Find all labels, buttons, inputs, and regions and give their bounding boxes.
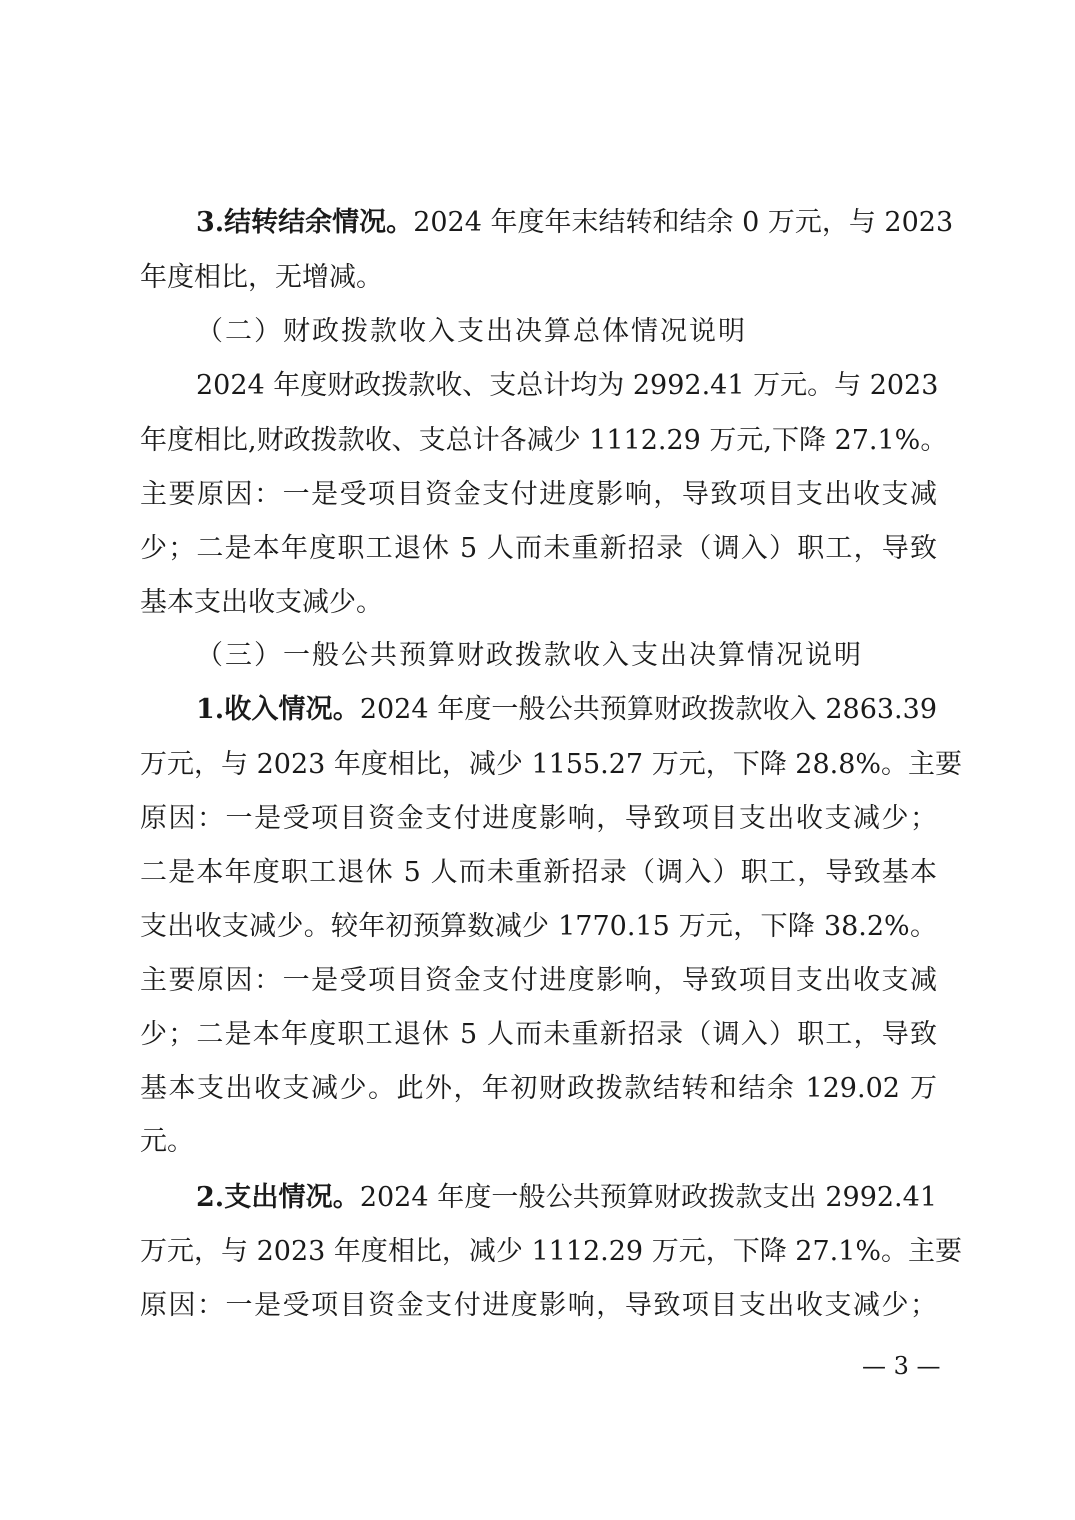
section-heading-3: （三）一般公共预算财政拨款收入支出决算情况说明 (196, 636, 863, 676)
paragraph-income-line-1: 1.收入情况。2024 年度一般公共预算财政拨款收入 2863.39 (196, 690, 937, 730)
income-lead: 1.收入情况。 (196, 694, 360, 725)
paragraph-income-line-9: 元。 (140, 1122, 937, 1162)
document-page: 3.结转结余情况。2024 年度年末结转和结余 0 万元，与 2023 年度相比… (0, 0, 1075, 1520)
paragraph-carryover-line-2: 年度相比，无增减。 (140, 258, 937, 298)
paragraph-expenditure-line-1: 2.支出情况。2024 年度一般公共预算财政拨款支出 2992.41 (196, 1178, 937, 1218)
paragraph-income-line-2: 万元，与 2023 年度相比，减少 1155.27 万元，下降 28.8%。主要 (140, 745, 937, 785)
paragraph-income-line-7: 少；二是本年度职工退休 5 人而未重新招录（调入）职工，导致 (140, 1015, 937, 1055)
paragraph-income-line-8: 基本支出收支减少。此外，年初财政拨款结转和结余 129.02 万 (140, 1069, 937, 1109)
carryover-lead: 3.结转结余情况。 (196, 207, 413, 238)
expenditure-lead: 2.支出情况。 (196, 1182, 360, 1213)
paragraph-overall-line-3: 主要原因：一是受项目资金支付进度影响，导致项目支出收支减 (140, 475, 937, 515)
paragraph-income-line-5: 支出收支减少。较年初预算数减少 1770.15 万元，下降 38.2%。 (140, 907, 937, 947)
paragraph-overall-line-5: 基本支出收支减少。 (140, 583, 937, 623)
page-number: — 3 — (862, 1350, 941, 1382)
paragraph-overall-line-1: 2024 年度财政拨款收、支总计均为 2992.41 万元。与 2023 (196, 366, 937, 406)
paragraph-income-line-3: 原因：一是受项目资金支付进度影响，导致项目支出收支减少； (140, 799, 937, 839)
paragraph-income-line-6: 主要原因：一是受项目资金支付进度影响，导致项目支出收支减 (140, 961, 937, 1001)
section-heading-2: （二）财政拨款收入支出决算总体情况说明 (196, 312, 747, 352)
paragraph-expenditure-line-3: 原因：一是受项目资金支付进度影响，导致项目支出收支减少； (140, 1286, 937, 1326)
paragraph-expenditure-line-2: 万元，与 2023 年度相比，减少 1112.29 万元，下降 27.1%。主要 (140, 1232, 937, 1272)
paragraph-overall-line-4: 少；二是本年度职工退休 5 人而未重新招录（调入）职工，导致 (140, 529, 937, 569)
paragraph-carryover-line-1: 3.结转结余情况。2024 年度年末结转和结余 0 万元，与 2023 (196, 203, 937, 243)
paragraph-income-line-4: 二是本年度职工退休 5 人而未重新招录（调入）职工，导致基本 (140, 853, 937, 893)
paragraph-overall-line-2: 年度相比,财政拨款收、支总计各减少 1112.29 万元,下降 27.1%。 (140, 421, 937, 461)
